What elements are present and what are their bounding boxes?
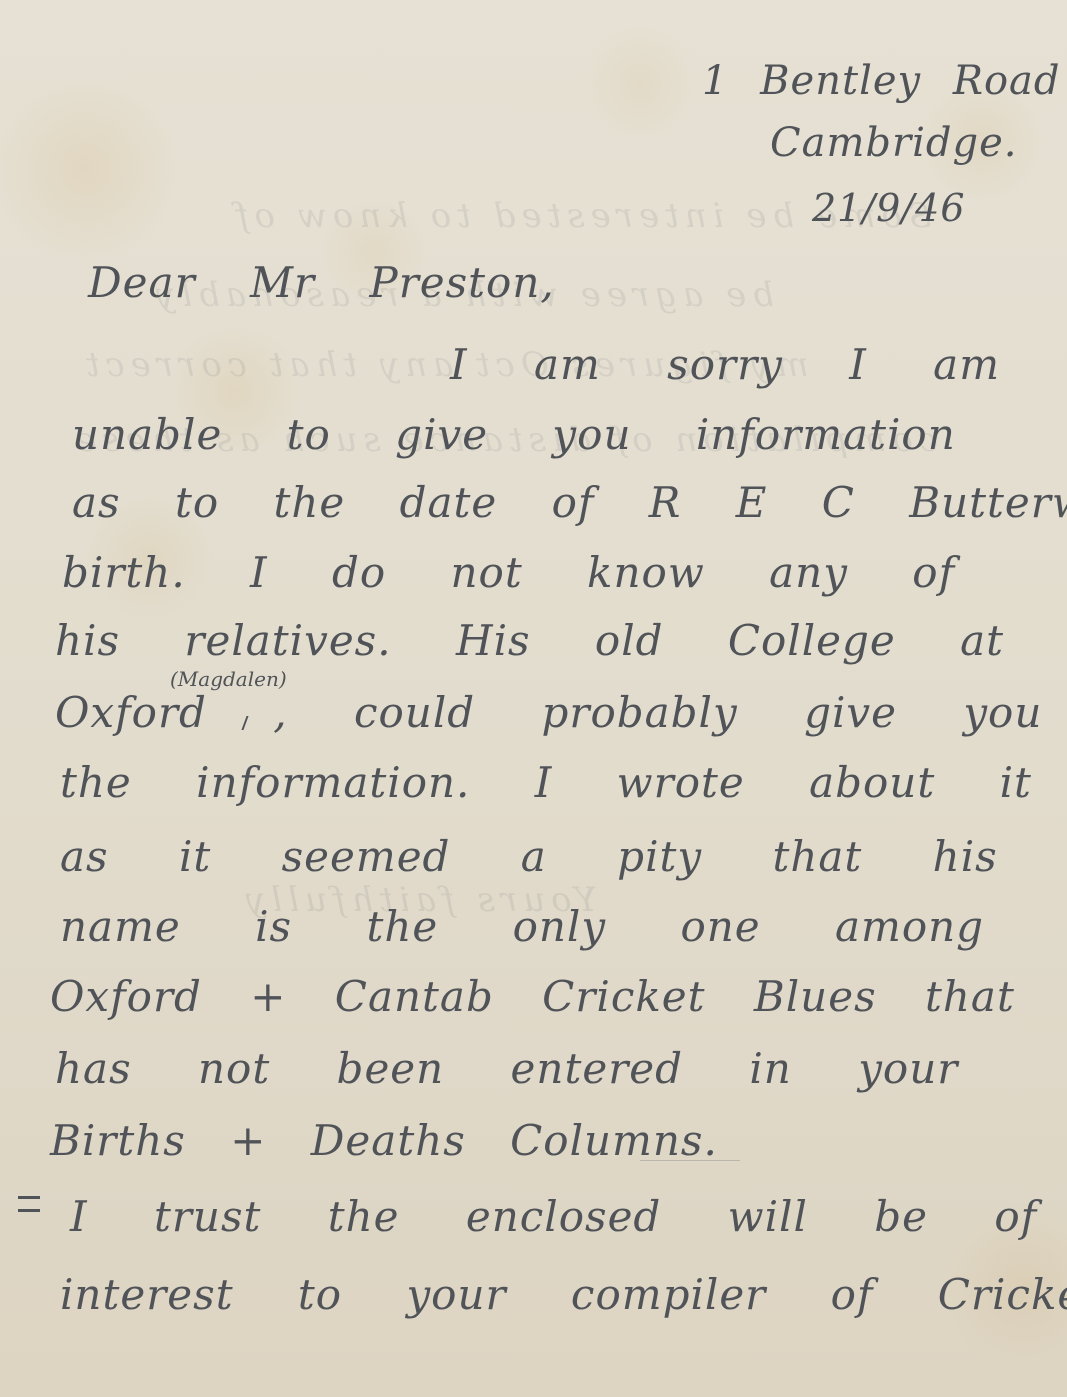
body-line: as to the date of R E C Butterworth's <box>72 478 1067 527</box>
letter-date: 21/9/46 <box>812 186 966 230</box>
body-line: has not been entered in your <box>55 1044 958 1093</box>
address-line-1: 1 Bentley Road <box>702 58 1061 104</box>
body-line: birth. I do not know any of <box>62 548 955 597</box>
body-line: interest to your compiler of Cricket <box>60 1270 1067 1319</box>
faint-line <box>640 1160 740 1161</box>
paragraph-mark <box>18 1196 40 1212</box>
body-line: unable to give you information <box>72 410 956 459</box>
body-line: Oxford , could probably give you <box>55 688 1042 737</box>
letter-page: Some be interested to know of be agree w… <box>0 0 1067 1397</box>
body-line: I am sorry I am <box>450 340 1000 389</box>
body-line: I trust the enclosed will be of <box>70 1192 1037 1241</box>
salutation: Dear Mr Preston, <box>88 258 555 307</box>
body-line: the information. I wrote about it <box>60 758 1032 807</box>
body-line: as it seemed a pity that his <box>60 832 998 881</box>
address-line-2: Cambridge. <box>770 120 1018 166</box>
body-line: Births + Deaths Columns. <box>50 1116 718 1165</box>
body-line: his relatives. His old College at <box>55 616 1004 665</box>
body-line: name is the only one among <box>60 902 984 951</box>
body-line: Oxford + Cantab Cricket Blues that <box>50 972 1015 1021</box>
